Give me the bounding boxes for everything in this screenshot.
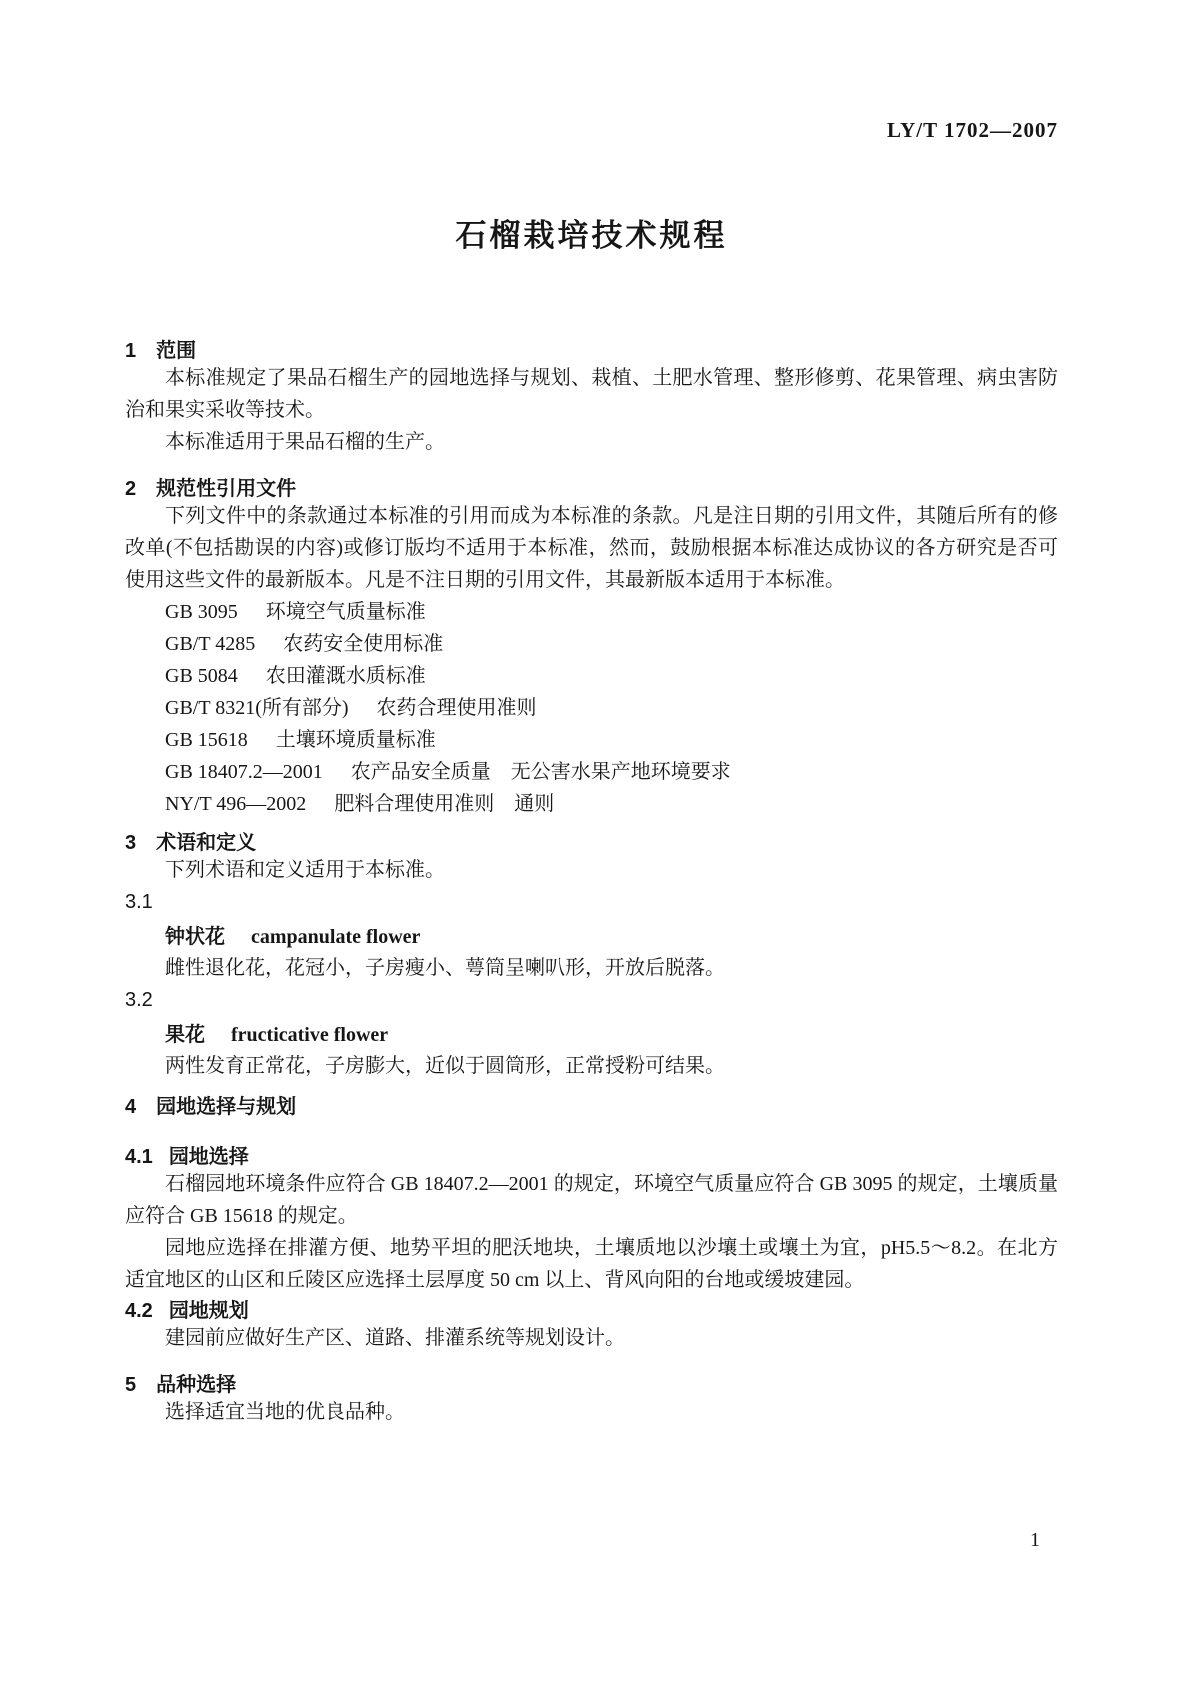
document-page: LY/T 1702—2007 石榴栽培技术规程 1范围 本标准规定了果品石榴生产… [0, 0, 1191, 1684]
paragraph-terms-intro: 下列术语和定义适用于本标准。 [125, 854, 1058, 886]
term-heading: 钟状花campanulate flower [125, 922, 1058, 952]
reference-title: 肥料合理使用准则 通则 [334, 793, 554, 815]
standard-code: LY/T 1702—2007 [125, 0, 1058, 142]
section-site-selection-planning: 4园地选择与规划 4.1园地选择 石榴园地环境条件应符合 GB 18407.2—… [125, 1096, 1058, 1354]
subsection-heading-site-planning: 4.2园地规划 [125, 1300, 1058, 1322]
term-definition: 雌性退化花，花冠小，子房瘦小、萼筒呈喇叭形，开放后脱落。 [125, 952, 1058, 984]
term-name-en: campanulate flower [251, 926, 420, 948]
section-normative-references: 2规范性引用文件 下列文件中的条款通过本标准的引用而成为本标准的条款。凡是注日期… [125, 478, 1058, 820]
reference-item: GB 18407.2—2001农产品安全质量 无公害水果产地环境要求 [125, 756, 1058, 788]
reference-item: GB 15618土壤环境质量标准 [125, 724, 1058, 756]
reference-code: GB 18407.2—2001 [165, 756, 323, 788]
paragraph-references-intro: 下列文件中的条款通过本标准的引用而成为本标准的条款。凡是注日期的引用文件，其随后… [125, 500, 1058, 596]
reference-code: GB/T 8321(所有部分) [165, 692, 349, 724]
section-heading-scope: 1范围 [125, 340, 1058, 362]
reference-title: 农产品安全质量 无公害水果产地环境要求 [351, 761, 731, 783]
term-name-zh: 钟状花 [165, 922, 225, 952]
section-variety-selection: 5品种选择 选择适宜当地的优良品种。 [125, 1374, 1058, 1428]
section-number: 3 [125, 832, 136, 854]
term-number: 3.1 [125, 886, 1058, 918]
reference-title: 农田灌溉水质标准 [266, 665, 426, 687]
section-number: 4 [125, 1096, 136, 1118]
reference-code: NY/T 496—2002 [165, 788, 306, 820]
section-terms-definitions: 3术语和定义 下列术语和定义适用于本标准。 3.1 钟状花campanulate… [125, 832, 1058, 1082]
section-title: 规范性引用文件 [156, 478, 296, 500]
reference-code: GB 5084 [165, 660, 238, 692]
section-number: 1 [125, 340, 136, 362]
subsection-number: 4.1 [125, 1146, 153, 1168]
paragraph-scope-1: 本标准规定了果品石榴生产的园地选择与规划、栽植、土肥水管理、整形修剪、花果管理、… [125, 362, 1058, 426]
subsection-title: 园地选择 [169, 1146, 249, 1168]
term-heading: 果花fructicative flower [125, 1020, 1058, 1050]
term-number: 3.2 [125, 984, 1058, 1016]
reference-code: GB 15618 [165, 724, 248, 756]
reference-title: 农药安全使用标准 [283, 633, 443, 655]
section-title: 品种选择 [156, 1374, 236, 1396]
subsection-title: 园地规划 [169, 1300, 249, 1322]
subsection-heading-site-selection: 4.1园地选择 [125, 1146, 1058, 1168]
paragraph-variety: 选择适宜当地的优良品种。 [125, 1396, 1058, 1428]
term-definition: 两性发育正常花，子房膨大，近似于圆筒形，正常授粉可结果。 [125, 1050, 1058, 1082]
document-title: 石榴栽培技术规程 [125, 218, 1058, 254]
term-name-en: fructicative flower [231, 1024, 388, 1046]
reference-item: GB/T 8321(所有部分)农药合理使用准则 [125, 692, 1058, 724]
reference-item: GB/T 4285农药安全使用标准 [125, 628, 1058, 660]
section-title: 园地选择与规划 [156, 1096, 296, 1118]
section-heading-terms: 3术语和定义 [125, 832, 1058, 854]
reference-title: 环境空气质量标准 [266, 601, 426, 623]
section-heading-references: 2规范性引用文件 [125, 478, 1058, 500]
subsection-number: 4.2 [125, 1300, 153, 1322]
section-scope: 1范围 本标准规定了果品石榴生产的园地选择与规划、栽植、土肥水管理、整形修剪、花… [125, 340, 1058, 458]
term-name-zh: 果花 [165, 1020, 205, 1050]
reference-title: 农药合理使用准则 [377, 697, 537, 719]
section-title: 术语和定义 [156, 832, 256, 854]
section-number: 2 [125, 478, 136, 500]
section-heading-site: 4园地选择与规划 [125, 1096, 1058, 1118]
paragraph-site-planning: 建园前应做好生产区、道路、排灌系统等规划设计。 [125, 1322, 1058, 1354]
reference-item: GB 3095环境空气质量标准 [125, 596, 1058, 628]
paragraph-site-selection-1: 石榴园地环境条件应符合 GB 18407.2—2001 的规定，环境空气质量应符… [125, 1168, 1058, 1232]
reference-code: GB 3095 [165, 596, 238, 628]
paragraph-scope-2: 本标准适用于果品石榴的生产。 [125, 426, 1058, 458]
paragraph-site-selection-2: 园地应选择在排灌方便、地势平坦的肥沃地块，土壤质地以沙壤土或壤土为宜，pH5.5… [125, 1232, 1058, 1296]
reference-item: GB 5084农田灌溉水质标准 [125, 660, 1058, 692]
reference-code: GB/T 4285 [165, 628, 255, 660]
reference-title: 土壤环境质量标准 [276, 729, 436, 751]
reference-item: NY/T 496—2002肥料合理使用准则 通则 [125, 788, 1058, 820]
section-heading-variety: 5品种选择 [125, 1374, 1058, 1396]
document-content: LY/T 1702—2007 石榴栽培技术规程 1范围 本标准规定了果品石榴生产… [125, 0, 1058, 1428]
section-number: 5 [125, 1374, 136, 1396]
page-number: 1 [1030, 1528, 1040, 1552]
section-title: 范围 [156, 340, 196, 362]
